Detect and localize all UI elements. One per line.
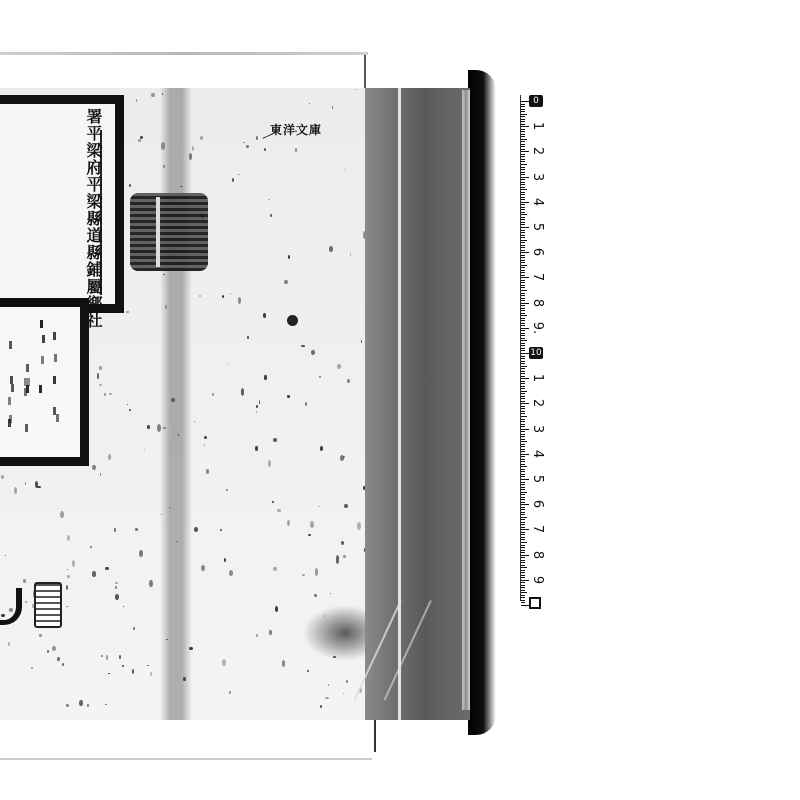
ruler-tick xyxy=(521,371,525,372)
paper-speck xyxy=(114,528,116,531)
ruler-start-mark: 10 xyxy=(529,347,543,359)
paper-speck xyxy=(319,376,321,379)
ruler-tick xyxy=(521,207,525,208)
ruler-number: 9 xyxy=(530,573,544,587)
paper-speck xyxy=(183,677,185,680)
paper-speck xyxy=(357,522,361,530)
ruler-tick xyxy=(521,388,525,389)
ruler-tick xyxy=(521,315,527,316)
ruler-tick xyxy=(521,403,529,404)
ruler-tick xyxy=(521,398,525,399)
backing-sheet-top-edge xyxy=(0,52,368,55)
ruler-tick xyxy=(521,109,525,110)
ruler-tick xyxy=(521,219,525,220)
ruler-tick xyxy=(521,406,525,407)
ruler-tick xyxy=(521,333,525,334)
ruler-tick xyxy=(521,585,525,586)
ruler-number: 2 xyxy=(530,144,544,158)
ruler-tick xyxy=(521,217,525,218)
paper-speck xyxy=(31,667,33,669)
paper-speck xyxy=(104,393,106,396)
paper-speck xyxy=(37,486,41,488)
ruler-tick xyxy=(521,441,527,442)
ruler-tick xyxy=(521,366,527,367)
paper-speck xyxy=(147,425,150,429)
paper-speck xyxy=(238,297,241,305)
paper-speck xyxy=(5,555,6,556)
ruler-tick xyxy=(521,161,525,162)
ruler-tick xyxy=(521,320,525,321)
ruler-tick xyxy=(521,534,525,535)
faded-character xyxy=(9,341,12,349)
ruler-tick xyxy=(521,131,525,132)
ruler-tick xyxy=(521,290,527,291)
paper-speck xyxy=(165,305,167,309)
ruler-tick xyxy=(521,293,525,294)
ruler-tick xyxy=(521,272,525,273)
ruler-tick xyxy=(521,214,527,215)
paper-speck xyxy=(264,148,266,152)
faded-character xyxy=(41,356,44,364)
paper-speck xyxy=(115,586,117,589)
ruler-tick xyxy=(521,232,525,233)
paper-speck xyxy=(163,165,165,168)
ruler-tick xyxy=(521,350,525,351)
backing-sheet-right-edge xyxy=(364,55,366,90)
ruler-tick xyxy=(521,136,525,137)
paper-speck xyxy=(194,421,195,422)
ruler-tick xyxy=(521,416,527,417)
ruler-tick xyxy=(521,285,525,286)
ruler-tick xyxy=(521,466,527,467)
paper-speck xyxy=(302,574,305,576)
ruler-tick xyxy=(521,504,529,505)
paper-speck xyxy=(150,672,152,677)
paper-speck xyxy=(189,153,192,160)
paper-speck xyxy=(199,295,201,297)
paper-speck xyxy=(149,580,153,588)
ruler-tick xyxy=(521,456,525,457)
paper-speck xyxy=(222,659,226,666)
ruler-tick xyxy=(521,487,525,488)
ruler-tick xyxy=(521,164,527,165)
ruler-tick xyxy=(521,565,525,566)
ruler-tick xyxy=(521,303,529,304)
paper-speck xyxy=(247,336,249,339)
paper-speck xyxy=(212,393,214,396)
ruler-tick xyxy=(521,119,525,120)
ruler-tick xyxy=(521,250,525,251)
paper-speck xyxy=(25,482,27,485)
paper-speck xyxy=(60,511,64,518)
ruler-tick xyxy=(521,154,525,155)
ruler-tick xyxy=(521,391,527,392)
ruler-tick xyxy=(521,524,525,525)
torn-edge xyxy=(462,90,470,710)
paper-speck xyxy=(25,601,28,603)
paper-speck xyxy=(343,555,346,559)
paper-speck xyxy=(273,438,277,442)
paper-speck xyxy=(246,145,249,148)
ruler-tick xyxy=(521,413,525,414)
ruler-tick xyxy=(521,396,525,397)
paper-speck xyxy=(268,460,272,467)
ruler-tick xyxy=(521,567,527,568)
paper-speck xyxy=(57,657,60,661)
paper-speck xyxy=(127,404,128,405)
paper-speck xyxy=(268,199,270,200)
faded-character xyxy=(39,385,42,393)
paper-speck xyxy=(301,345,304,347)
ruler-tick xyxy=(521,497,525,498)
ruler-tick xyxy=(521,222,525,223)
faded-character xyxy=(40,320,43,328)
paper-speck xyxy=(287,395,290,397)
ruler-tick xyxy=(521,348,525,349)
ruler-tick xyxy=(521,577,525,578)
ruler-end-mark xyxy=(529,597,541,609)
ruler-tick xyxy=(521,461,525,462)
ruler-number: 8 xyxy=(530,296,544,310)
faded-character xyxy=(25,424,28,432)
ruler-tick xyxy=(521,529,529,530)
paper-speck xyxy=(344,504,348,508)
ruler-tick xyxy=(521,469,525,470)
ruler-tick xyxy=(521,373,525,374)
paper-speck xyxy=(337,364,341,369)
ruler-number: 4 xyxy=(530,447,544,461)
ruler-tick xyxy=(521,116,525,117)
paper-speck xyxy=(79,700,82,706)
ruler-tick xyxy=(521,141,525,142)
paper-speck xyxy=(67,535,70,541)
ruler-tick xyxy=(521,328,529,329)
ruler-tick xyxy=(521,600,525,601)
ruler-tick xyxy=(521,562,525,563)
paper-speck xyxy=(264,375,266,381)
paper-speck xyxy=(356,89,357,90)
paper-speck xyxy=(308,534,311,537)
paper-speck xyxy=(87,704,89,707)
paper-speck xyxy=(295,148,297,153)
ruler-tick xyxy=(521,227,529,228)
paper-speck xyxy=(105,704,107,705)
ruler-tick xyxy=(521,189,527,190)
ruler-tick xyxy=(521,235,525,236)
faded-character xyxy=(56,414,59,422)
ruler-tick xyxy=(521,197,525,198)
paper-speck xyxy=(259,402,260,404)
paper-speck xyxy=(305,402,307,406)
paper-speck xyxy=(136,99,137,102)
paper-speck xyxy=(226,489,228,491)
ruler-tick xyxy=(521,295,525,296)
ruler-tick xyxy=(521,582,525,583)
ruler-tick xyxy=(521,340,527,341)
ruler-tick xyxy=(521,265,527,266)
ruler-tick xyxy=(521,156,525,157)
paper-speck xyxy=(161,514,162,515)
paper-speck xyxy=(189,647,193,650)
paper-speck xyxy=(256,411,257,413)
paper-speck xyxy=(166,639,168,641)
ruler-tick xyxy=(521,111,525,112)
ruler-tick xyxy=(521,167,525,168)
ruler-tick xyxy=(521,182,525,183)
paper-speck xyxy=(108,673,110,674)
paper-speck xyxy=(350,253,351,256)
ruler-tick xyxy=(521,537,525,538)
ruler-tick xyxy=(521,602,525,603)
ruler-tick xyxy=(521,474,525,475)
ruler-tick xyxy=(521,499,525,500)
paper-speck xyxy=(222,295,224,298)
paper-speck xyxy=(204,444,206,446)
faded-character xyxy=(26,364,29,372)
faded-character xyxy=(53,407,56,415)
ruler-tick xyxy=(521,192,525,193)
paper-speck xyxy=(171,398,175,402)
ruler-tick xyxy=(521,194,525,195)
ruler-tick xyxy=(521,202,529,203)
title-frame xyxy=(0,95,124,313)
ruler-tick xyxy=(521,159,525,160)
ruler-tick xyxy=(521,509,525,510)
paper-speck xyxy=(288,255,290,259)
paper-speck xyxy=(109,393,111,394)
ruler-number: 7 xyxy=(530,522,544,536)
ruler-number: 3 xyxy=(530,422,544,436)
ruler-tick xyxy=(521,104,525,105)
ruler-tick xyxy=(521,245,525,246)
ruler-tick xyxy=(521,260,525,261)
ruler-tick xyxy=(521,313,525,314)
paper-speck xyxy=(309,103,310,104)
paper-speck xyxy=(340,455,344,461)
ruler-tick xyxy=(521,247,525,248)
ruler-tick xyxy=(521,378,529,379)
ruler-tick xyxy=(521,318,525,319)
ruler-tick xyxy=(521,338,525,339)
ruler-tick xyxy=(521,358,525,359)
paper-speck xyxy=(115,582,117,584)
paper-speck xyxy=(277,509,281,512)
ruler-tick xyxy=(521,242,525,243)
fold-line xyxy=(398,88,401,720)
ruler-tick xyxy=(521,126,529,127)
ruler-tick xyxy=(521,287,525,288)
paper-speck xyxy=(256,634,258,637)
paper-speck xyxy=(243,142,244,143)
ruler-tick xyxy=(521,114,527,115)
faded-character xyxy=(53,332,56,340)
ruler-tick xyxy=(521,177,529,178)
paper-speck xyxy=(92,465,96,470)
paper-speck xyxy=(105,567,108,569)
ruler-number: 5 xyxy=(530,472,544,486)
ruler-tick xyxy=(521,527,525,528)
ruler-tick xyxy=(521,419,525,420)
ruler-tick xyxy=(521,552,525,553)
ruler-tick xyxy=(521,267,525,268)
paper-speck xyxy=(320,705,322,708)
ruler-tick xyxy=(521,539,525,540)
paper-speck xyxy=(115,594,118,600)
ruler-number: 4 xyxy=(530,195,544,209)
paper-speck xyxy=(228,364,229,365)
ruler-tick xyxy=(521,172,525,173)
paper-speck xyxy=(238,174,241,176)
ruler-tick xyxy=(521,187,525,188)
paper-speck xyxy=(310,521,313,528)
paper-speck xyxy=(346,680,348,683)
paper-speck xyxy=(220,529,222,530)
ruler-tick xyxy=(521,224,525,225)
ruler-number: 1 xyxy=(530,119,544,133)
ruler-tick xyxy=(521,257,525,258)
ruler-tick xyxy=(521,393,525,394)
paper-speck xyxy=(315,568,319,576)
ruler-tick xyxy=(521,146,525,147)
paper-speck xyxy=(282,660,286,667)
ruler-tick xyxy=(521,184,525,185)
paper-speck xyxy=(133,627,135,630)
ruler-tick xyxy=(521,570,525,571)
paper-speck xyxy=(67,575,71,578)
ruler-number: 1 xyxy=(530,371,544,385)
faded-character xyxy=(8,419,11,427)
ruler-number: 6 xyxy=(530,497,544,511)
paper-speck xyxy=(255,446,258,452)
paper-speck xyxy=(229,691,230,694)
small-seal-stamp xyxy=(34,582,62,628)
paper-speck xyxy=(194,527,198,532)
ruler-tick xyxy=(521,444,525,445)
paper-speck xyxy=(314,594,317,597)
ruler-tick xyxy=(521,144,525,145)
paper-speck xyxy=(99,366,101,370)
ruler-tick xyxy=(521,459,525,460)
paper-speck xyxy=(232,178,234,183)
ruler-tick xyxy=(521,212,525,213)
ruler-tick xyxy=(521,494,525,495)
document-title: 署平梁府平梁縣道縣鋪屬鄉社 xyxy=(84,108,102,329)
ruler-tick xyxy=(521,446,525,447)
ruler-tick xyxy=(521,557,525,558)
ruler-tick xyxy=(521,381,525,382)
ruler-tick xyxy=(521,587,525,588)
paper-speck xyxy=(230,293,231,294)
paper-speck xyxy=(35,481,38,488)
ruler-tick xyxy=(521,363,525,364)
paper-speck xyxy=(90,546,92,548)
ruler-tick xyxy=(521,590,525,591)
paper-speck xyxy=(330,593,331,594)
paper-speck xyxy=(100,473,102,477)
paper-speck xyxy=(192,146,195,151)
ruler-tick xyxy=(521,411,525,412)
backing-sheet-bottom-edge xyxy=(0,758,372,760)
ruler-tick xyxy=(521,277,529,278)
paper-speck xyxy=(229,570,233,576)
ruler-tick xyxy=(521,356,525,357)
paper-speck xyxy=(151,93,155,98)
ruler-tick xyxy=(521,555,529,556)
paper-speck xyxy=(8,642,10,646)
ruler-tick xyxy=(521,361,525,362)
paper-speck xyxy=(311,350,315,355)
paper-speck xyxy=(336,555,340,564)
square-seal-stamp xyxy=(130,193,208,271)
paper-speck xyxy=(52,646,55,651)
ruler-tick xyxy=(521,595,525,596)
ruler-tick xyxy=(521,121,525,122)
paper-speck xyxy=(361,340,362,343)
ruler-tick xyxy=(521,345,525,346)
ruler-tick xyxy=(521,129,525,130)
ruler-number: 6 xyxy=(530,245,544,259)
ruler-tick xyxy=(521,270,525,271)
paper-speck xyxy=(122,665,124,667)
ink-dot xyxy=(287,315,298,326)
paper-speck xyxy=(318,506,319,507)
faded-text-block xyxy=(6,318,66,438)
ruler-tick xyxy=(521,101,529,102)
ruler-tick xyxy=(521,476,525,477)
paper-speck xyxy=(206,469,209,474)
paper-speck xyxy=(138,139,142,142)
ruler-tick xyxy=(521,174,525,175)
ruler-tick xyxy=(521,514,525,515)
paper-speck xyxy=(201,565,205,571)
ruler-tick xyxy=(521,575,525,576)
ruler-tick xyxy=(521,597,525,598)
ruler-tick xyxy=(521,580,529,581)
paper-speck xyxy=(119,655,121,658)
ruler-tick xyxy=(521,330,525,331)
paper-speck xyxy=(101,655,103,657)
ruler-tick xyxy=(521,605,529,606)
paper-speck xyxy=(123,606,124,607)
paper-speck xyxy=(173,431,174,433)
faded-character xyxy=(42,335,45,343)
ruler-tick xyxy=(521,572,525,573)
ruler-tick xyxy=(521,550,525,551)
paper-speck xyxy=(325,697,329,699)
paper-speck xyxy=(161,142,165,150)
ruler-tick xyxy=(521,401,525,402)
ruler-number: 3 xyxy=(530,170,544,184)
ruler-tick xyxy=(521,252,529,253)
paper-speck xyxy=(241,388,244,396)
ruler-tick xyxy=(521,522,525,523)
ruler-tick xyxy=(521,298,525,299)
ruler-tick xyxy=(521,139,527,140)
paper-speck xyxy=(108,454,111,460)
ruler-tick xyxy=(521,408,525,409)
ruler-tick xyxy=(521,502,525,503)
paper-speck xyxy=(23,579,27,583)
ruler-tick xyxy=(521,560,525,561)
paper-speck xyxy=(275,606,278,612)
paper-speck xyxy=(14,487,17,494)
ruler-tick xyxy=(521,545,525,546)
paper-speck xyxy=(176,541,178,542)
ruler-tick xyxy=(521,323,525,324)
ruler-tick xyxy=(521,134,525,135)
paper-speck xyxy=(200,136,203,141)
ruler-tick xyxy=(521,124,525,125)
